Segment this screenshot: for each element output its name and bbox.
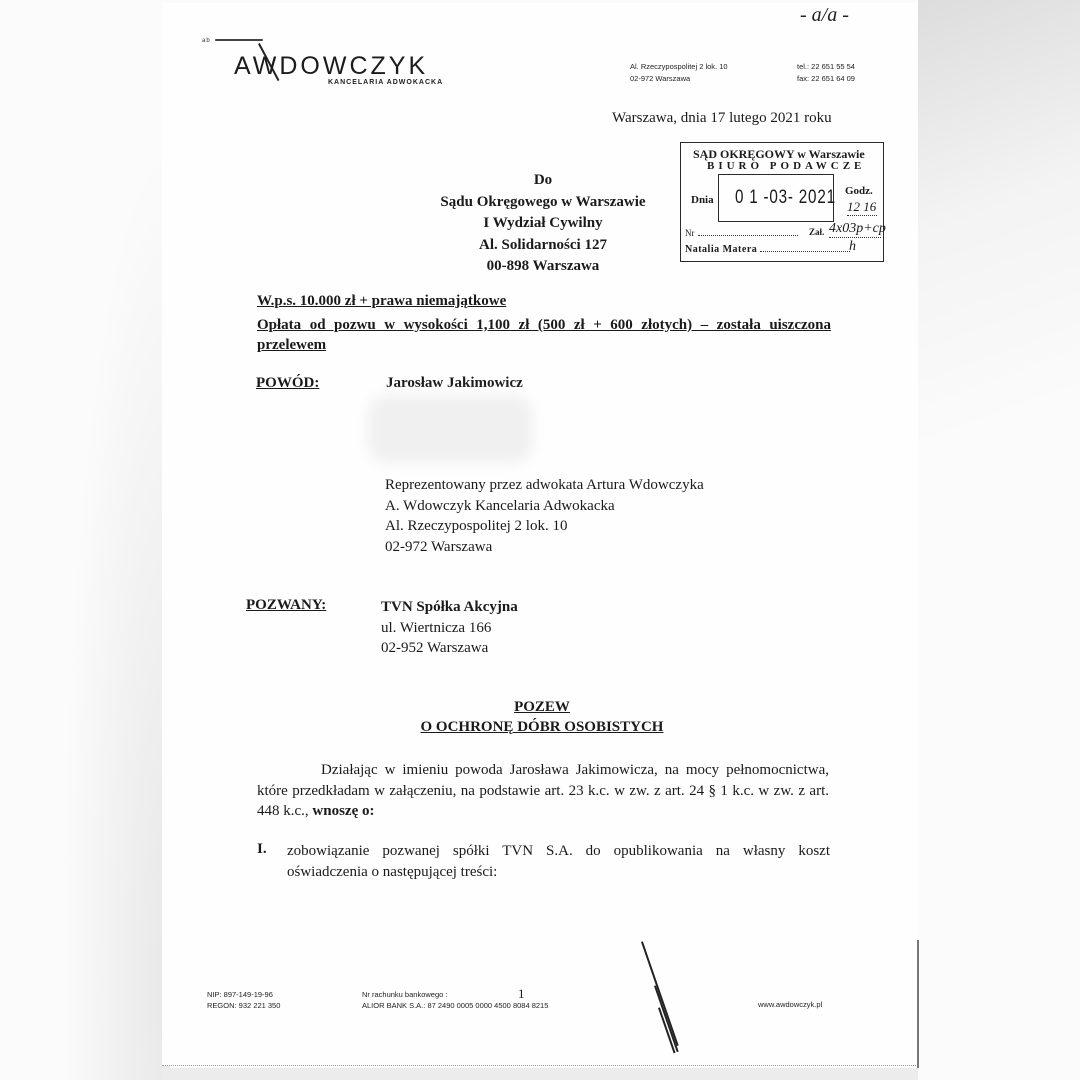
page-number: 1: [518, 986, 525, 1002]
list-item-text: zobowiązanie pozwanej spółki TVN S.A. do…: [287, 841, 830, 882]
background-shadow: [60, 130, 170, 1080]
stamp-date-value: 0 1 -03- 2021: [735, 187, 836, 209]
list-item-number: I.: [257, 841, 267, 858]
stamp-clerk: Natalia Matera: [685, 244, 850, 255]
claim-value: W.p.s. 10.000 zł + prawa niemajątkowe: [257, 293, 506, 310]
plaintiff-representation: Reprezentowany przez adwokata Artura Wdo…: [385, 475, 704, 557]
logo-scribble: ab: [202, 38, 263, 44]
stamp-subtitle: BIURO PODAWCZE: [707, 160, 865, 172]
firm-logo: AWDOWCZYK: [234, 52, 428, 81]
plaintiff-label: POWÓD:: [256, 375, 319, 392]
court-fee-note: Opłata od pozwu w wysokości 1,100 zł (50…: [257, 315, 831, 355]
page-edge: [917, 940, 919, 1068]
stamp-hour-value: 12 16: [847, 199, 877, 216]
letterhead-address: Al. Rzeczypospolitej 2 lok. 10 02-972 Wa…: [630, 61, 728, 85]
defendant-block: TVN Spółka Akcyjna ul. Wiertnicza 166 02…: [381, 597, 518, 659]
defendant-label: POZWANY:: [246, 597, 326, 614]
defendant-name: TVN Spółka Akcyjna: [381, 597, 518, 618]
background-shadow: [918, 0, 1080, 700]
court-receipt-stamp: SĄD OKRĘGOWY w Warszawie BIURO PODAWCZE …: [680, 142, 884, 262]
stamp-hour-label: Godz.: [845, 185, 873, 197]
handwritten-mark: - a/a -: [800, 4, 849, 27]
firm-subtitle: KANCELARIA ADWOKACKA: [328, 79, 443, 86]
stamp-nr-field: Nr: [685, 228, 798, 238]
footer-website: www.awdowczyk.pl: [758, 999, 822, 1010]
body-paragraph: Działając w imieniu powoda Jarosława Jak…: [257, 760, 829, 822]
stamp-date-label: Dnia: [691, 194, 714, 206]
stamp-zal-value: 4x03p+cp: [829, 221, 881, 238]
stamp-zal-label: Zał.: [809, 227, 824, 237]
document-title: POZEW O OCHRONĘ DÓBR OSOBISTYCH: [380, 697, 704, 737]
document-date: Warszawa, dnia 17 lutego 2021 roku: [612, 110, 832, 127]
plaintiff-name: Jarosław Jakimowicz: [386, 375, 523, 392]
letterhead-contact: tel.: 22 651 55 54 fax: 22 651 64 09: [797, 61, 855, 85]
footer-tax-ids: NIP: 897-149-19-96 REGON: 932 221 350: [207, 989, 280, 1011]
addressee-block: Do Sądu Okręgowego w Warszawie I Wydział…: [420, 170, 666, 278]
page-bottom-band: [162, 1068, 918, 1080]
stamp-signature: h: [849, 239, 856, 255]
redacted-address: [368, 395, 533, 463]
